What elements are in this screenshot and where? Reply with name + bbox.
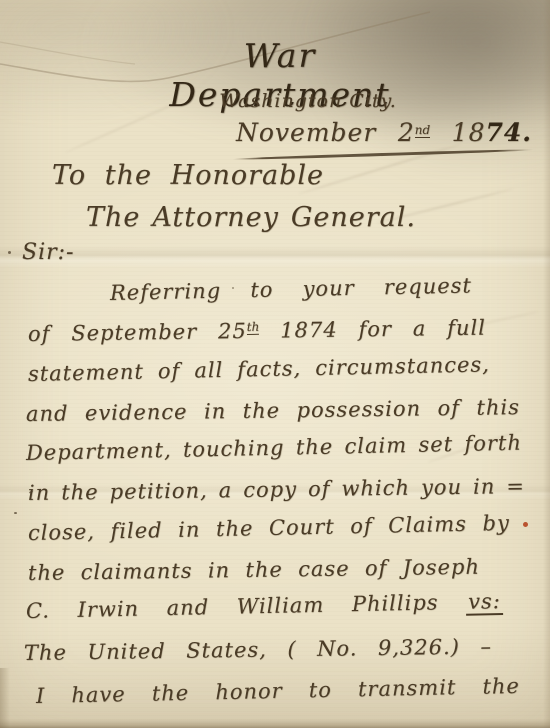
ink-speck (8, 251, 11, 254)
date-ordinal-superscript: nd (415, 123, 430, 138)
body-line-1: Referring to your request (110, 273, 473, 311)
body-line-2-pre: of September 25 (28, 319, 247, 346)
date-underline-flourish (232, 148, 534, 160)
body-line-9-vs-underlined: vs: (466, 589, 503, 616)
scanned-letter-page: War Department Washington City. November… (0, 0, 550, 728)
body-line-8: the claimants in the case of Joseph (28, 555, 480, 591)
body-line-2-post: 1874 for a full (259, 316, 486, 343)
body-line-3: statement of all facts, circumstances, (28, 352, 491, 392)
letterhead-city: Washington City. (212, 90, 404, 112)
date-line: November 2nd 1874. (236, 118, 532, 147)
body-line-2-superscript: th (247, 320, 260, 335)
body-line-9-pre: C. Irwin and William Phillips (26, 590, 467, 623)
paper-right-edge (543, 0, 550, 728)
paper-bottom-edge (0, 719, 550, 728)
body-line-5: Department, touching the claim set forth (26, 431, 523, 471)
body-line-10: The United States, ( No. 9,326.) – (24, 634, 492, 671)
fold-crease-upper (0, 246, 550, 268)
date-year-bold: 74. (486, 118, 533, 147)
date-year-prefix: 18 (430, 118, 485, 147)
salutation-greeting: Sir:- (22, 240, 74, 265)
ink-speck (14, 512, 17, 514)
body-line-4: and evidence in the possession of this (26, 395, 520, 432)
body-line-6: in the petition, a copy of which you in … (28, 474, 525, 511)
red-ink-dot (523, 522, 528, 527)
body-line-7: close, filed in the Court of Claims by (28, 511, 511, 551)
salutation-addressee: The Attorney General. (86, 202, 416, 233)
paper-corner-shade (0, 668, 10, 728)
body-line-9: C. Irwin and William Phillips vs: (26, 589, 504, 629)
body-line-2: of September 25th 1874 for a full (28, 316, 486, 352)
body-line-11: I have the honor to transmit the (36, 674, 521, 714)
salutation-to: To the Honorable (52, 160, 324, 191)
date-month-day: November 2 (236, 118, 415, 147)
